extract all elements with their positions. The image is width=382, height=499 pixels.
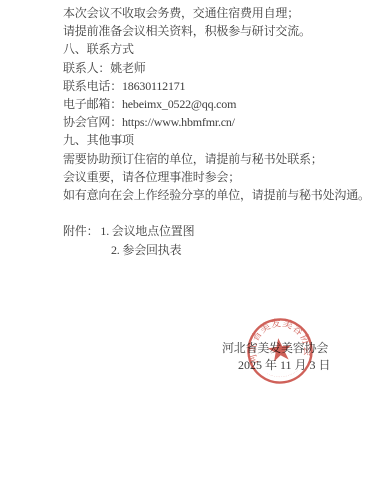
document-page: 本次会议不收取会务费，交通住宿费用自理； 请提前准备会议相关资料，积极参与研讨交…: [0, 0, 382, 499]
svg-text:河北省美发美容协会: 河北省美发美容协会: [242, 313, 316, 366]
contact-person: 联系人：姚老师: [63, 59, 375, 77]
seal-arc-text: 河北省美发美容协会: [242, 313, 316, 366]
attachments-label: 附件：: [63, 224, 98, 238]
attachments-line: 附件：1. 会议地点位置图: [63, 222, 375, 240]
paragraph-lodging: 需要协助预订住宿的单位，请提前与秘书处联系；: [63, 150, 375, 168]
paragraph-fees: 本次会议不收取会务费，交通住宿费用自理；: [63, 4, 375, 22]
official-seal: 河北省美发美容协会 ···················: [242, 313, 319, 390]
blank-line: [63, 204, 375, 222]
section-heading-contact: 八、联系方式: [63, 40, 375, 58]
contact-website: 协会官网：https://www.hbmfmr.cn/: [63, 113, 375, 131]
contact-email: 电子邮箱：hebeimx_0522@qq.com: [63, 95, 375, 113]
paragraph-materials: 请提前准备会议相关资料，积极参与研讨交流。: [63, 22, 375, 40]
star-icon: [266, 336, 293, 362]
section-heading-other: 九、其他事项: [63, 131, 375, 149]
document-body: 本次会议不收取会务费，交通住宿费用自理； 请提前准备会议相关资料，积极参与研讨交…: [63, 4, 375, 259]
paragraph-attendance: 会议重要，请各位理事准时参会；: [63, 168, 375, 186]
paragraph-sharing: 如有意向在会上作经验分享的单位，请提前与秘书处沟通。: [63, 186, 375, 204]
attachment-item-2: 2. 参会回执表: [63, 241, 375, 259]
attachment-item-1: 1. 会议地点位置图: [100, 224, 194, 238]
contact-phone: 联系电话：18630112171: [63, 77, 375, 95]
